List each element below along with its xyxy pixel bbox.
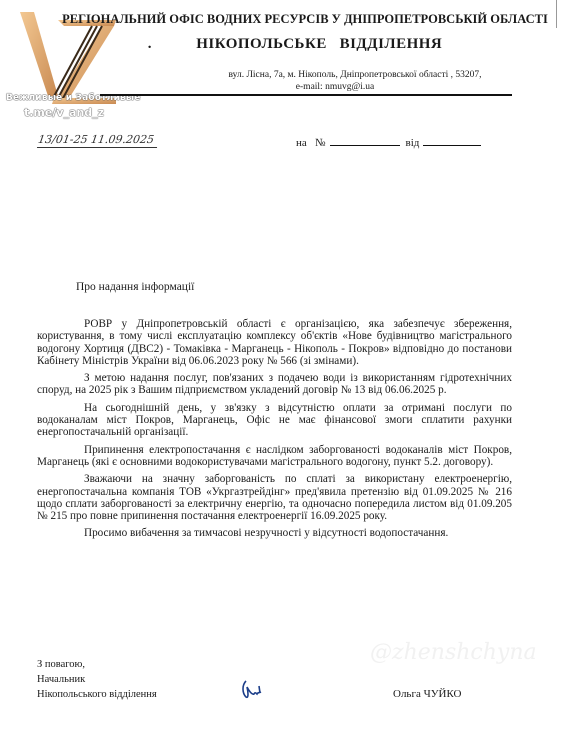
regards: З повагою, bbox=[37, 657, 157, 672]
letter-body: РОВР у Дніпропетровській області є орган… bbox=[37, 318, 512, 545]
paragraph: Зважаючи на значну заборгованість по спл… bbox=[37, 473, 512, 522]
signatory-name: Ольга ЧУЙКО bbox=[393, 688, 461, 700]
signer-title-2: Нікопольського відділення bbox=[37, 687, 157, 702]
faint-watermark: @zhenshchyna bbox=[370, 640, 537, 665]
signer-title-1: Начальник bbox=[37, 672, 157, 687]
reply-date-label: від bbox=[406, 137, 420, 149]
reply-number-blank bbox=[330, 135, 400, 146]
email: e-mail: nmuvg@i.ua bbox=[0, 82, 570, 92]
department-label: НІКОПОЛЬСЬКЕ ВІДДІЛЕННЯ bbox=[196, 36, 442, 52]
department-name: . НІКОПОЛЬСЬКЕ ВІДДІЛЕННЯ bbox=[0, 36, 570, 53]
outgoing-reference: 13/01-25 11.09.2025 bbox=[37, 133, 159, 148]
paragraph: Просимо вибачення за тимчасові незручнос… bbox=[37, 527, 512, 539]
watermark-link[interactable]: t.me/v_and_z bbox=[24, 106, 104, 119]
organization-name: РЕГІОНАЛЬНИЙ ОФІС ВОДНИХ РЕСУРСІВ У ДНІП… bbox=[0, 12, 570, 27]
letterhead-divider bbox=[100, 94, 512, 96]
scan-edge bbox=[556, 0, 557, 28]
closing-block: З повагою, Начальник Нікопольського відд… bbox=[37, 657, 157, 702]
paragraph: На сьогоднішній день, у зв'язку з відсут… bbox=[37, 402, 512, 439]
reply-number-label: № bbox=[315, 137, 326, 149]
reply-to-line: на №від bbox=[296, 135, 487, 149]
paragraph: Припинення електропостачання є наслідком… bbox=[37, 444, 512, 469]
department-prefix: . bbox=[148, 36, 152, 52]
reply-prefix: на bbox=[296, 137, 307, 149]
signature-icon bbox=[240, 677, 264, 701]
reply-date-blank bbox=[423, 135, 481, 146]
subject: Про надання інформації bbox=[76, 281, 194, 293]
paragraph: З метою надання послуг, пов'язаних з под… bbox=[37, 372, 512, 397]
paragraph: РОВР у Дніпропетровській області є орган… bbox=[37, 318, 512, 367]
address: вул. Лісна, 7а, м. Нікополь, Дніпропетро… bbox=[0, 70, 570, 80]
